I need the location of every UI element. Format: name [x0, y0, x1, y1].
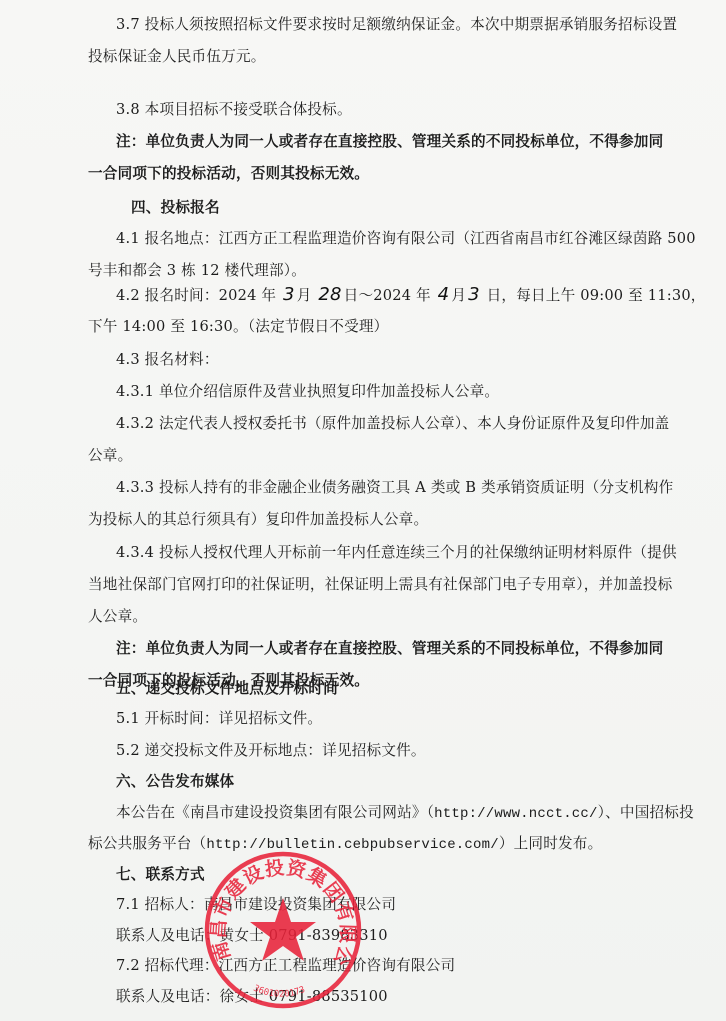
- month-label-2: 月: [451, 287, 466, 304]
- section-4-3: 4.3 报名材料：: [116, 351, 219, 369]
- section-3-7-line2: 投标保证金人民币伍万元。: [88, 48, 266, 66]
- section-4-2-line2: 下午 14:00 至 16:30。（法定节假日不受理）: [88, 318, 388, 336]
- section-4-3-3-line2: 为投标人的其总行须具有）复印件加盖投标人公章。: [88, 511, 428, 529]
- handwritten-start-day: 28: [318, 286, 341, 304]
- section-7-2-contact: 联系人及电话：徐女士 0791-88535100: [116, 988, 388, 1006]
- cebpubservice-url-link[interactable]: http://bulletin.cebpubservice.com/: [206, 837, 498, 853]
- note-1-line2: 一合同项下的投标活动，否则其投标无效。: [88, 165, 369, 183]
- section-4-3-1: 4.3.1 单位介绍信原件及营业执照复印件加盖投标人公章。: [116, 383, 499, 401]
- publication-text-a: 本公告在《南昌市建设投资集团有限公司网站》（: [116, 804, 434, 821]
- month-label: 月: [297, 287, 312, 304]
- ncct-url-link[interactable]: http://www.ncct.cc/: [434, 806, 597, 822]
- section-4-3-3-line1: 4.3.3 投标人持有的非金融企业债务融资工具 A 类或 B 类承销资质证明（分…: [116, 479, 673, 497]
- section-6-line2: 标公共服务平台（http://bulletin.cebpubservice.co…: [88, 835, 602, 854]
- handwritten-end-day: 3: [468, 286, 480, 304]
- section-4-3-4-line1: 4.3.4 投标人授权代理人开标前一年内任意连续三个月的社保缴纳证明材料原件（提…: [116, 544, 677, 562]
- heading-section-4: 四、投标报名: [131, 199, 220, 217]
- registration-time-suffix: 日，每日上午 09:00 至 11:30，: [487, 287, 706, 304]
- note-2-line1: 注：单位负责人为同一人或者存在直接控股、管理关系的不同投标单位，不得参加同: [116, 640, 663, 658]
- section-4-3-4-line2: 当地社保部门官网打印的社保证明，社保证明上需具有社保部门电子专用章），并加盖投标: [88, 576, 672, 594]
- handwritten-start-month: 3: [283, 286, 295, 304]
- section-7-1: 7.1 招标人：南昌市建设投资集团有限公司: [116, 896, 396, 914]
- heading-section-5: 五、递交投标文件地点及开标时间: [116, 680, 338, 698]
- note-1-line1: 注：单位负责人为同一人或者存在直接控股、管理关系的不同投标单位，不得参加同: [116, 133, 663, 151]
- registration-time-prefix: 4.2 报名时间：2024 年: [116, 287, 276, 304]
- section-4-1-line1: 4.1 报名地点：江西方正工程监理造价咨询有限公司（江西省南昌市红谷滩区绿茵路 …: [116, 230, 696, 248]
- document-page: 3.7 投标人须按照招标文件要求按时足额缴纳保证金。本次中期票据承销服务招标设置…: [0, 0, 726, 1021]
- publication-text-c: 标公共服务平台（: [88, 835, 206, 852]
- section-4-3-2-line1: 4.3.2 法定代表人授权委托书（原件加盖投标人公章）、本人身份证原件及复印件加…: [116, 415, 669, 433]
- section-7-1-contact: 联系人及电话：黄女士 0791-83983310: [116, 927, 388, 945]
- section-5-1: 5.1 开标时间：详见招标文件。: [116, 710, 322, 728]
- section-4-3-2-line2: 公章。: [88, 447, 132, 465]
- section-7-2: 7.2 招标代理：江西方正工程监理造价咨询有限公司: [116, 957, 455, 975]
- section-4-1-line2: 号丰和都会 3 栋 12 楼代理部）。: [88, 262, 306, 280]
- publication-text-d: ）上同时发布。: [499, 835, 603, 852]
- section-4-2-line1: 4.2 报名时间：2024 年 3月 28日～2024 年 4月3 日，每日上午…: [116, 286, 706, 305]
- heading-section-7: 七、联系方式: [116, 866, 205, 884]
- publication-text-b: ）、中国招标投: [598, 804, 694, 821]
- section-6-line1: 本公告在《南昌市建设投资集团有限公司网站》（http://www.ncct.cc…: [116, 804, 694, 823]
- section-4-3-4-line3: 人公章。: [88, 608, 147, 626]
- registration-time-mid: 日～2024 年: [344, 287, 431, 304]
- section-3-7-line1: 3.7 投标人须按照招标文件要求按时足额缴纳保证金。本次中期票据承销服务招标设置: [116, 16, 677, 34]
- section-5-2: 5.2 递交投标文件及开标地点：详见招标文件。: [116, 742, 426, 760]
- section-3-8: 3.8 本项目招标不接受联合体投标。: [116, 101, 352, 119]
- handwritten-end-month: 4: [438, 286, 450, 304]
- heading-section-6: 六、公告发布媒体: [116, 773, 234, 791]
